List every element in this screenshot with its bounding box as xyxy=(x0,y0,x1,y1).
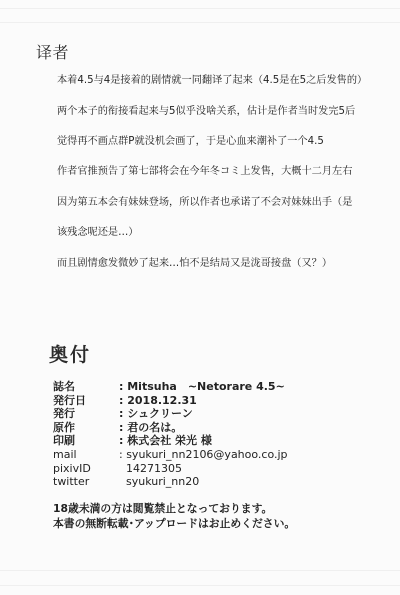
document-page: 译者 本着4.5与4是接着的剧情就一同翻译了起来（4.5是在5之后发售的） 两个… xyxy=(0,0,400,595)
colophon-row-title: 誌名 : Mitsuha ~Netorare 4.5~ xyxy=(53,380,288,394)
colophon-row-publisher: 発行 : シュクリーン xyxy=(53,407,288,421)
notice-line: 18歳未満の方は閲覧禁止となっております。 xyxy=(53,501,295,516)
legal-notice: 18歳未満の方は閲覧禁止となっております。 本書の無断転載･アップロードはお止め… xyxy=(53,501,295,531)
colophon-value: 14271305 xyxy=(119,462,182,476)
translator-notes: 本着4.5与4是接着的剧情就一同翻译了起来（4.5是在5之后发售的） 两个本子的… xyxy=(57,58,377,286)
colophon-label: 印刷 xyxy=(53,434,119,448)
colophon-value: : シュクリーン xyxy=(119,407,193,421)
bleed-through-line xyxy=(0,570,400,571)
notice-line: 本書の無断転載･アップロードはお止めください。 xyxy=(53,516,295,531)
colophon-row-mail: mail : syukuri_nn2106@yahoo.co.jp xyxy=(53,448,288,462)
colophon-value: : 2018.12.31 xyxy=(119,394,197,408)
colophon-value: : 君の名は。 xyxy=(119,421,182,435)
bleed-through-line xyxy=(0,585,400,586)
colophon-heading: 奥付 xyxy=(49,340,91,367)
bleed-through-line xyxy=(0,22,400,23)
colophon-value: : 株式会社 栄光 様 xyxy=(119,434,212,448)
translator-note-line: 作者官推预告了第七部将会在今年冬コミ上发售，大概十二月左右 xyxy=(57,164,377,179)
colophon-row-original: 原作 : 君の名は。 xyxy=(53,421,288,435)
translator-note-line: 该残念呢还是…） xyxy=(57,225,377,240)
colophon-label: 誌名 xyxy=(53,380,119,394)
colophon-label: 発行日 xyxy=(53,394,119,408)
translator-note-line: 本着4.5与4是接着的剧情就一同翻译了起来（4.5是在5之后发售的） xyxy=(57,73,377,88)
colophon-label: 発行 xyxy=(53,407,119,421)
colophon-label: twitter xyxy=(53,475,119,489)
bleed-through-line xyxy=(0,8,400,9)
colophon-table: 誌名 : Mitsuha ~Netorare 4.5~ 発行日 : 2018.1… xyxy=(53,380,288,489)
colophon-value: : Mitsuha ~Netorare 4.5~ xyxy=(119,380,285,394)
colophon-value: syukuri_nn20 xyxy=(119,475,199,489)
translator-note-line: 两个本子的衔接看起来与5似乎没啥关系，估计是作者当时发完5后 xyxy=(57,104,377,119)
colophon-value: : syukuri_nn2106@yahoo.co.jp xyxy=(119,448,288,462)
translator-note-line: 而且剧情愈发微妙了起来…怕不是结局又是泷哥接盘（又？） xyxy=(57,256,377,271)
colophon-row-pixiv: pixivID 14271305 xyxy=(53,462,288,476)
colophon-row-printer: 印刷 : 株式会社 栄光 様 xyxy=(53,434,288,448)
colophon-label: pixivID xyxy=(53,462,119,476)
colophon-label: mail xyxy=(53,448,119,462)
colophon-label: 原作 xyxy=(53,421,119,435)
colophon-row-date: 発行日 : 2018.12.31 xyxy=(53,394,288,408)
colophon-row-twitter: twitter syukuri_nn20 xyxy=(53,475,288,489)
translator-note-line: 觉得再不画点群P就没机会画了，于是心血来潮补了一个4.5 xyxy=(57,134,377,149)
translator-note-line: 因为第五本会有妹妹登场，所以作者也承诺了不会对妹妹出手（是 xyxy=(57,195,377,210)
